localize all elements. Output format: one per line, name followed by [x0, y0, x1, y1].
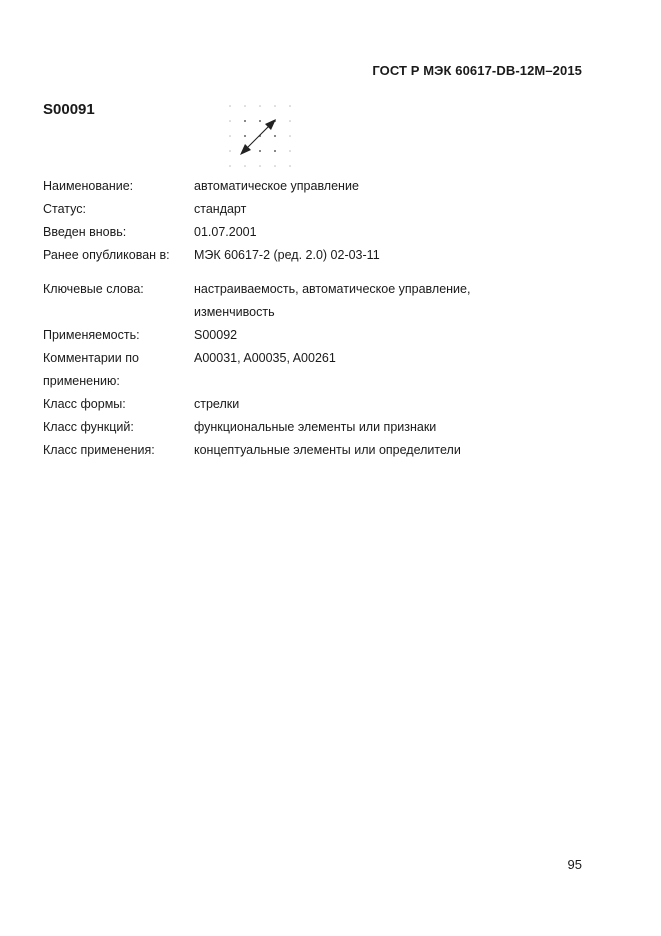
field-applicability: Применяемость: S00092	[43, 324, 603, 347]
field-label: Класс применения:	[43, 439, 194, 462]
field-label: Введен вновь:	[43, 221, 194, 244]
symbol-attributes: Наименование: автоматическое управление …	[43, 175, 603, 462]
double-headed-diagonal-arrow-icon	[224, 100, 296, 172]
field-label: Ранее опубликован в:	[43, 244, 194, 267]
field-value: функциональные элементы или признаки	[194, 416, 603, 439]
field-name: Наименование: автоматическое управление	[43, 175, 603, 198]
field-value: автоматическое управление	[194, 175, 603, 198]
document-header: ГОСТ Р МЭК 60617-DB-12M–2015	[372, 63, 582, 78]
symbol-code: S00091	[43, 101, 95, 118]
field-label-line: Комментарии по	[43, 351, 139, 365]
field-value: 01.07.2001	[194, 221, 603, 244]
field-value: стандарт	[194, 198, 603, 221]
field-previously-published: Ранее опубликован в: МЭК 60617-2 (ред. 2…	[43, 244, 603, 267]
field-status: Статус: стандарт	[43, 198, 603, 221]
field-label: Комментарии по применению:	[43, 347, 194, 393]
field-value: A00031, A00035, A00261	[194, 347, 603, 393]
field-value: настраиваемость, автоматическое управлен…	[194, 278, 603, 324]
symbol-grid	[224, 100, 296, 172]
field-application-class: Класс применения: концептуальные элемент…	[43, 439, 603, 462]
field-value-line: настраиваемость, автоматическое управлен…	[194, 282, 470, 296]
field-label: Статус:	[43, 198, 194, 221]
field-value-line: изменчивость	[194, 305, 275, 319]
field-form-class: Класс формы: стрелки	[43, 393, 603, 416]
field-value: S00092	[194, 324, 603, 347]
field-introduced: Введен вновь: 01.07.2001	[43, 221, 603, 244]
field-label: Класс формы:	[43, 393, 194, 416]
field-value: концептуальные элементы или определители	[194, 439, 603, 462]
field-label: Наименование:	[43, 175, 194, 198]
field-label-line: применению:	[43, 374, 120, 388]
field-value: стрелки	[194, 393, 603, 416]
field-label: Применяемость:	[43, 324, 194, 347]
field-label: Ключевые слова:	[43, 278, 194, 324]
field-function-class: Класс функций: функциональные элементы и…	[43, 416, 603, 439]
field-value: МЭК 60617-2 (ред. 2.0) 02-03-11	[194, 244, 603, 267]
field-label: Класс функций:	[43, 416, 194, 439]
field-application-comments: Комментарии по применению: A00031, A0003…	[43, 347, 603, 393]
field-keywords: Ключевые слова: настраиваемость, автомат…	[43, 278, 603, 324]
page-number: 95	[568, 857, 582, 872]
